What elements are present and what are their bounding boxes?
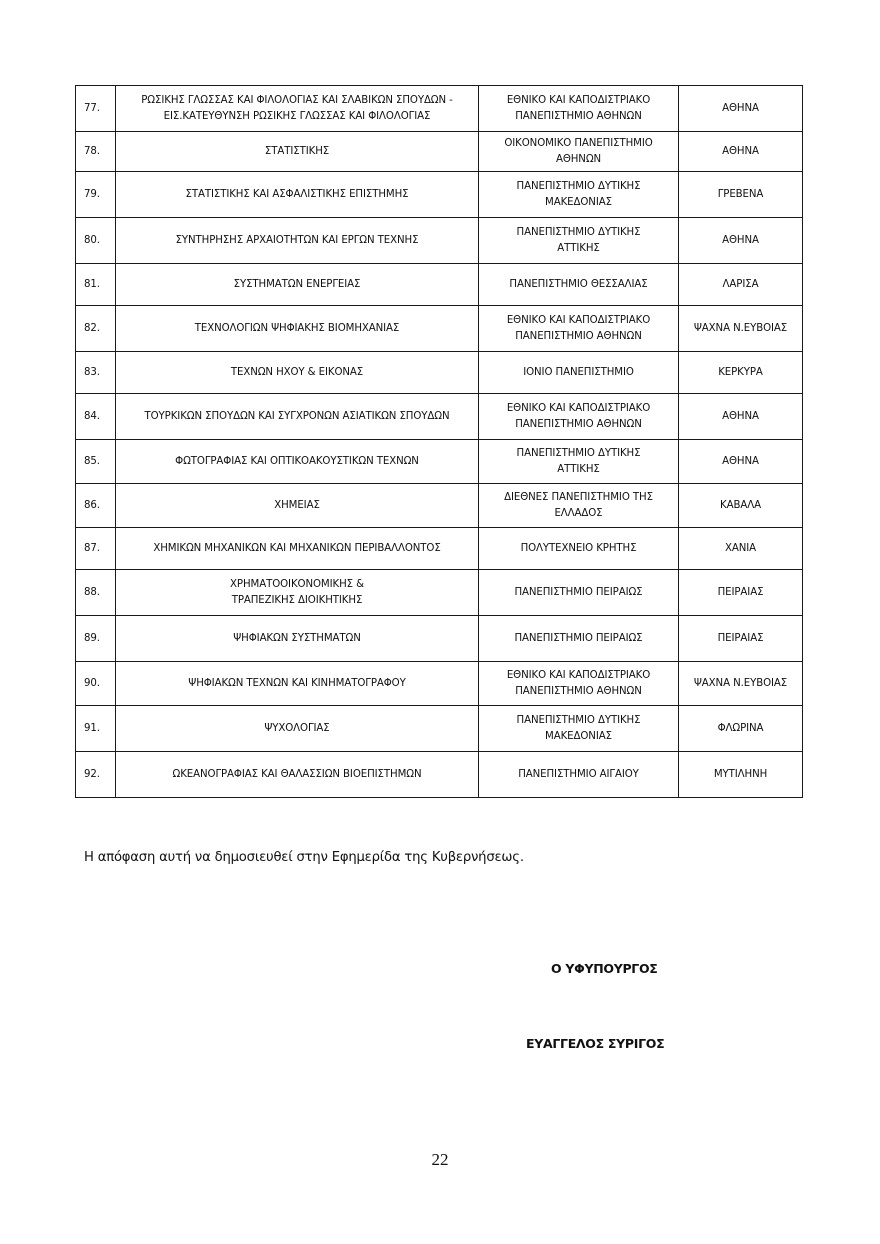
institution-name: ΠΑΝΕΠΙΣΤΗΜΙΟ ΠΕΙΡΑΙΩΣ bbox=[479, 616, 679, 662]
row-number: 79. bbox=[76, 172, 116, 218]
department-name: ΦΩΤΟΓΡΑΦΙΑΣ ΚΑΙ ΟΠΤΙΚΟΑΚΟΥΣΤΙΚΩΝ ΤΕΧΝΩΝ bbox=[116, 440, 479, 484]
city-name: ΠΕΙΡΑΙΑΣ bbox=[679, 616, 803, 662]
city-name: ΑΘΗΝΑ bbox=[679, 86, 803, 132]
institution-name: ΟΙΚΟΝΟΜΙΚΟ ΠΑΝΕΠΙΣΤΗΜΙΟΑΘΗΝΩΝ bbox=[479, 132, 679, 172]
row-number: 85. bbox=[76, 440, 116, 484]
institution-name: ΕΘΝΙΚΟ ΚΑΙ ΚΑΠΟΔΙΣΤΡΙΑΚΟΠΑΝΕΠΙΣΤΗΜΙΟ ΑΘΗ… bbox=[479, 662, 679, 706]
city-name: ΑΘΗΝΑ bbox=[679, 132, 803, 172]
department-name: ΧΡΗΜΑΤΟΟΙΚΟΝΟΜΙΚΗΣ &ΤΡΑΠΕΖΙΚΗΣ ΔΙΟΙΚΗΤΙΚ… bbox=[116, 570, 479, 616]
row-number: 80. bbox=[76, 218, 116, 264]
department-name: ΣΤΑΤΙΣΤΙΚΗΣ ΚΑΙ ΑΣΦΑΛΙΣΤΙΚΗΣ ΕΠΙΣΤΗΜΗΣ bbox=[116, 172, 479, 218]
row-number: 86. bbox=[76, 484, 116, 528]
institution-name: ΠΑΝΕΠΙΣΤΗΜΙΟ ΑΙΓΑΙΟΥ bbox=[479, 752, 679, 798]
department-name: ΨΗΦΙΑΚΩΝ ΤΕΧΝΩΝ ΚΑΙ ΚΙΝΗΜΑΤΟΓΡΑΦΟΥ bbox=[116, 662, 479, 706]
city-name: ΑΘΗΝΑ bbox=[679, 218, 803, 264]
institution-name: ΔΙΕΘΝΕΣ ΠΑΝΕΠΙΣΤΗΜΙΟ ΤΗΣΕΛΛΑΔΟΣ bbox=[479, 484, 679, 528]
table-row: 91.ΨΥΧΟΛΟΓΙΑΣΠΑΝΕΠΙΣΤΗΜΙΟ ΔΥΤΙΚΗΣΜΑΚΕΔΟΝ… bbox=[76, 706, 803, 752]
institution-name: ΕΘΝΙΚΟ ΚΑΙ ΚΑΠΟΔΙΣΤΡΙΑΚΟΠΑΝΕΠΙΣΤΗΜΙΟ ΑΘΗ… bbox=[479, 86, 679, 132]
department-name: ΣΤΑΤΙΣΤΙΚΗΣ bbox=[116, 132, 479, 172]
department-name: ΨΗΦΙΑΚΩΝ ΣΥΣΤΗΜΑΤΩΝ bbox=[116, 616, 479, 662]
institution-name: ΠΑΝΕΠΙΣΤΗΜΙΟ ΔΥΤΙΚΗΣΑΤΤΙΚΗΣ bbox=[479, 218, 679, 264]
city-name: ΑΘΗΝΑ bbox=[679, 440, 803, 484]
city-name: ΨΑΧΝΑ Ν.ΕΥΒΟΙΑΣ bbox=[679, 306, 803, 352]
department-name: ΩΚΕΑΝΟΓΡΑΦΙΑΣ ΚΑΙ ΘΑΛΑΣΣΙΩΝ ΒΙΟΕΠΙΣΤΗΜΩΝ bbox=[116, 752, 479, 798]
row-number: 90. bbox=[76, 662, 116, 706]
institution-name: ΠΑΝΕΠΙΣΤΗΜΙΟ ΠΕΙΡΑΙΩΣ bbox=[479, 570, 679, 616]
city-name: ΚΑΒΑΛΑ bbox=[679, 484, 803, 528]
page-number: 22 bbox=[0, 1150, 880, 1170]
table-row: 87.ΧΗΜΙΚΩΝ ΜΗΧΑΝΙΚΩΝ ΚΑΙ ΜΗΧΑΝΙΚΩΝ ΠΕΡΙΒ… bbox=[76, 528, 803, 570]
department-name: ΤΕΧΝΟΛΟΓΙΩΝ ΨΗΦΙΑΚΗΣ ΒΙΟΜΗΧΑΝΙΑΣ bbox=[116, 306, 479, 352]
departments-table: 77.ΡΩΣΙΚΗΣ ΓΛΩΣΣΑΣ ΚΑΙ ΦΙΛΟΛΟΓΙΑΣ ΚΑΙ ΣΛ… bbox=[75, 85, 803, 798]
table-row: 92.ΩΚΕΑΝΟΓΡΑΦΙΑΣ ΚΑΙ ΘΑΛΑΣΣΙΩΝ ΒΙΟΕΠΙΣΤΗ… bbox=[76, 752, 803, 798]
city-name: ΨΑΧΝΑ Ν.ΕΥΒΟΙΑΣ bbox=[679, 662, 803, 706]
department-name: ΤΟΥΡΚΙΚΩΝ ΣΠΟΥΔΩΝ ΚΑΙ ΣΥΓΧΡΟΝΩΝ ΑΣΙΑΤΙΚΩ… bbox=[116, 394, 479, 440]
row-number: 77. bbox=[76, 86, 116, 132]
institution-name: ΠΑΝΕΠΙΣΤΗΜΙΟ ΔΥΤΙΚΗΣΑΤΤΙΚΗΣ bbox=[479, 440, 679, 484]
row-number: 83. bbox=[76, 352, 116, 394]
table-row: 82.ΤΕΧΝΟΛΟΓΙΩΝ ΨΗΦΙΑΚΗΣ ΒΙΟΜΗΧΑΝΙΑΣΕΘΝΙΚ… bbox=[76, 306, 803, 352]
table-row: 85.ΦΩΤΟΓΡΑΦΙΑΣ ΚΑΙ ΟΠΤΙΚΟΑΚΟΥΣΤΙΚΩΝ ΤΕΧΝ… bbox=[76, 440, 803, 484]
table-row: 81.ΣΥΣΤΗΜΑΤΩΝ ΕΝΕΡΓΕΙΑΣΠΑΝΕΠΙΣΤΗΜΙΟ ΘΕΣΣ… bbox=[76, 264, 803, 306]
city-name: ΧΑΝΙΑ bbox=[679, 528, 803, 570]
city-name: ΑΘΗΝΑ bbox=[679, 394, 803, 440]
table-row: 79.ΣΤΑΤΙΣΤΙΚΗΣ ΚΑΙ ΑΣΦΑΛΙΣΤΙΚΗΣ ΕΠΙΣΤΗΜΗ… bbox=[76, 172, 803, 218]
row-number: 88. bbox=[76, 570, 116, 616]
row-number: 81. bbox=[76, 264, 116, 306]
row-number: 92. bbox=[76, 752, 116, 798]
department-name: ΡΩΣΙΚΗΣ ΓΛΩΣΣΑΣ ΚΑΙ ΦΙΛΟΛΟΓΙΑΣ ΚΑΙ ΣΛΑΒΙ… bbox=[116, 86, 479, 132]
table-row: 83.ΤΕΧΝΩΝ ΗΧΟΥ & ΕΙΚΟΝΑΣΙΟΝΙΟ ΠΑΝΕΠΙΣΤΗΜ… bbox=[76, 352, 803, 394]
city-name: ΓΡΕΒΕΝΑ bbox=[679, 172, 803, 218]
department-name: ΤΕΧΝΩΝ ΗΧΟΥ & ΕΙΚΟΝΑΣ bbox=[116, 352, 479, 394]
closing-statement: Η απόφαση αυτή να δημοσιευθεί στην Εφημε… bbox=[84, 850, 524, 865]
department-name: ΧΗΜΕΙΑΣ bbox=[116, 484, 479, 528]
institution-name: ΠΑΝΕΠΙΣΤΗΜΙΟ ΘΕΣΣΑΛΙΑΣ bbox=[479, 264, 679, 306]
table-row: 77.ΡΩΣΙΚΗΣ ΓΛΩΣΣΑΣ ΚΑΙ ΦΙΛΟΛΟΓΙΑΣ ΚΑΙ ΣΛ… bbox=[76, 86, 803, 132]
table-row: 90.ΨΗΦΙΑΚΩΝ ΤΕΧΝΩΝ ΚΑΙ ΚΙΝΗΜΑΤΟΓΡΑΦΟΥΕΘΝ… bbox=[76, 662, 803, 706]
department-name: ΣΥΝΤΗΡΗΣΗΣ ΑΡΧΑΙΟΤΗΤΩΝ ΚΑΙ ΕΡΓΩΝ ΤΕΧΝΗΣ bbox=[116, 218, 479, 264]
city-name: ΦΛΩΡΙΝΑ bbox=[679, 706, 803, 752]
institution-name: ΕΘΝΙΚΟ ΚΑΙ ΚΑΠΟΔΙΣΤΡΙΑΚΟΠΑΝΕΠΙΣΤΗΜΙΟ ΑΘΗ… bbox=[479, 394, 679, 440]
institution-name: ΠΟΛΥΤΕΧΝΕΙΟ ΚΡΗΤΗΣ bbox=[479, 528, 679, 570]
row-number: 91. bbox=[76, 706, 116, 752]
institution-name: ΠΑΝΕΠΙΣΤΗΜΙΟ ΔΥΤΙΚΗΣΜΑΚΕΔΟΝΙΑΣ bbox=[479, 172, 679, 218]
row-number: 82. bbox=[76, 306, 116, 352]
row-number: 87. bbox=[76, 528, 116, 570]
row-number: 78. bbox=[76, 132, 116, 172]
city-name: ΚΕΡΚΥΡΑ bbox=[679, 352, 803, 394]
table-row: 86.ΧΗΜΕΙΑΣΔΙΕΘΝΕΣ ΠΑΝΕΠΙΣΤΗΜΙΟ ΤΗΣΕΛΛΑΔΟ… bbox=[76, 484, 803, 528]
document-page: 77.ΡΩΣΙΚΗΣ ΓΛΩΣΣΑΣ ΚΑΙ ΦΙΛΟΛΟΓΙΑΣ ΚΑΙ ΣΛ… bbox=[0, 0, 880, 1244]
department-name: ΨΥΧΟΛΟΓΙΑΣ bbox=[116, 706, 479, 752]
table-row: 84.ΤΟΥΡΚΙΚΩΝ ΣΠΟΥΔΩΝ ΚΑΙ ΣΥΓΧΡΟΝΩΝ ΑΣΙΑΤ… bbox=[76, 394, 803, 440]
city-name: ΛΑΡΙΣΑ bbox=[679, 264, 803, 306]
signatory-name: ΕΥΑΓΓΕΛΟΣ ΣΥΡΙΓΟΣ bbox=[526, 1036, 664, 1051]
city-name: ΠΕΙΡΑΙΑΣ bbox=[679, 570, 803, 616]
institution-name: ΕΘΝΙΚΟ ΚΑΙ ΚΑΠΟΔΙΣΤΡΙΑΚΟΠΑΝΕΠΙΣΤΗΜΙΟ ΑΘΗ… bbox=[479, 306, 679, 352]
table-row: 89.ΨΗΦΙΑΚΩΝ ΣΥΣΤΗΜΑΤΩΝΠΑΝΕΠΙΣΤΗΜΙΟ ΠΕΙΡΑ… bbox=[76, 616, 803, 662]
table-row: 88.ΧΡΗΜΑΤΟΟΙΚΟΝΟΜΙΚΗΣ &ΤΡΑΠΕΖΙΚΗΣ ΔΙΟΙΚΗ… bbox=[76, 570, 803, 616]
city-name: ΜΥΤΙΛΗΝΗ bbox=[679, 752, 803, 798]
department-name: ΣΥΣΤΗΜΑΤΩΝ ΕΝΕΡΓΕΙΑΣ bbox=[116, 264, 479, 306]
table-row: 78.ΣΤΑΤΙΣΤΙΚΗΣΟΙΚΟΝΟΜΙΚΟ ΠΑΝΕΠΙΣΤΗΜΙΟΑΘΗ… bbox=[76, 132, 803, 172]
row-number: 84. bbox=[76, 394, 116, 440]
institution-name: ΠΑΝΕΠΙΣΤΗΜΙΟ ΔΥΤΙΚΗΣΜΑΚΕΔΟΝΙΑΣ bbox=[479, 706, 679, 752]
table-body: 77.ΡΩΣΙΚΗΣ ΓΛΩΣΣΑΣ ΚΑΙ ΦΙΛΟΛΟΓΙΑΣ ΚΑΙ ΣΛ… bbox=[76, 86, 803, 798]
table-row: 80.ΣΥΝΤΗΡΗΣΗΣ ΑΡΧΑΙΟΤΗΤΩΝ ΚΑΙ ΕΡΓΩΝ ΤΕΧΝ… bbox=[76, 218, 803, 264]
department-name: ΧΗΜΙΚΩΝ ΜΗΧΑΝΙΚΩΝ ΚΑΙ ΜΗΧΑΝΙΚΩΝ ΠΕΡΙΒΑΛΛ… bbox=[116, 528, 479, 570]
signatory-title: Ο ΥΦΥΠΟΥΡΓΟΣ bbox=[551, 961, 658, 976]
row-number: 89. bbox=[76, 616, 116, 662]
institution-name: ΙΟΝΙΟ ΠΑΝΕΠΙΣΤΗΜΙΟ bbox=[479, 352, 679, 394]
